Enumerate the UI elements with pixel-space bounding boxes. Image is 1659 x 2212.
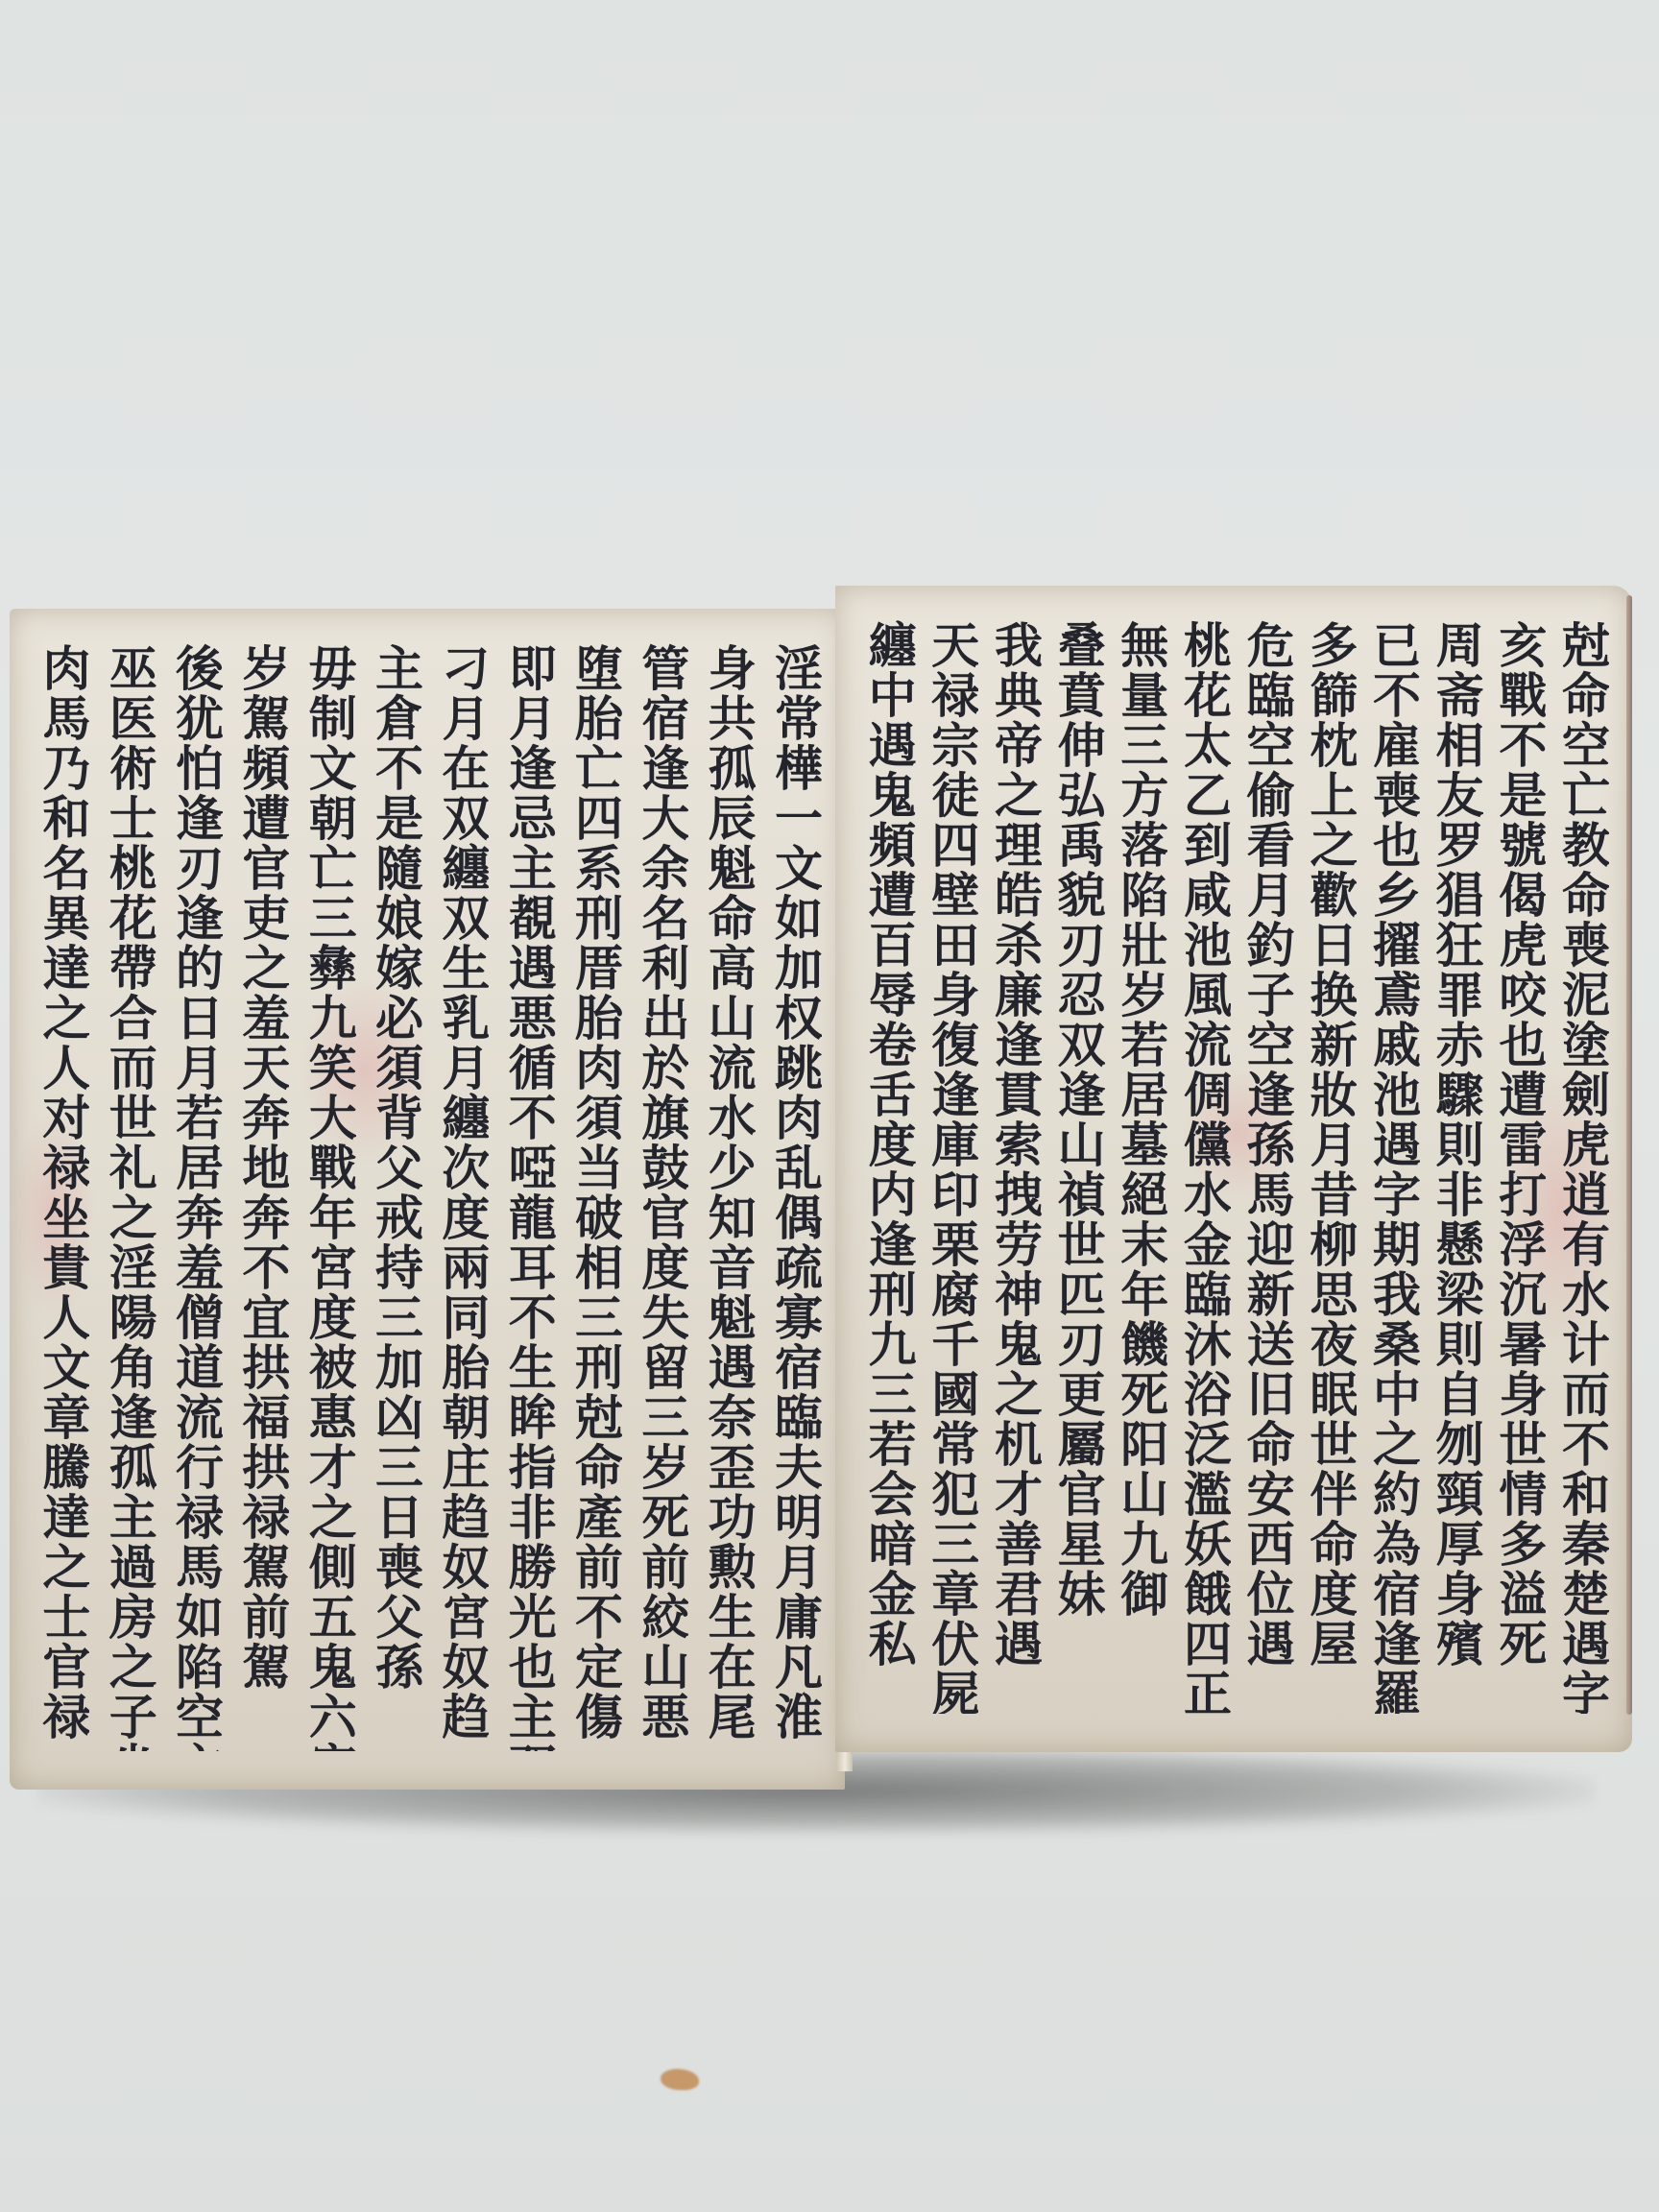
text-column: 淫常樺一文如加权跳肉乱偶疏寡宿臨夫明月庸凡淮 (761, 643, 822, 1751)
right-page-text: 尅命空亡教命喪泥塗劍虎逍有水计而不和秦楚遇字羅騰 亥戰不是號偈虎咬也遭雷打浮沉暑… (858, 620, 1609, 1714)
text-column: 多篩枕上之歡日换新妝月昔柳思夜眠世伴命度屋 (1300, 620, 1358, 1714)
text-column: 桃花太乙到咸池風流倜儻水金臨沐浴泛濫妖餓四正 (1173, 620, 1231, 1714)
text-column: 肉馬乃和名異達之人对禄坐貴人文章騰達之士官禄 (29, 643, 89, 1751)
text-column: 堕胎亡四系刑厝胎肉須当破相三刑尅命產前不定傷 (562, 643, 622, 1751)
text-column: 巫医術士桃花帶合而世礼之淫陽角逢孤主過房之子坐禄 (95, 643, 156, 1751)
text-column: 叠賁伸弘禹貌刃忍双逢山禎世匹刃更屬官星妹 (1047, 620, 1105, 1714)
text-column: 周斋相友罗猖狂罪赤驟則非懸梁則自刎頸厚身殯 (1426, 620, 1483, 1714)
open-manuscript-book: 淫常樺一文如加权跳肉乱偶疏寡宿臨夫明月庸凡淮 身共孤辰魁命高山流水少知音魁遇奈歪… (10, 605, 1632, 1786)
text-column: 天禄宗徒四壁田身復逢庫印栗腐千國常犯三章伏屍 (922, 620, 979, 1714)
text-column: 危臨空偷看月釣子空逢孫馬迎新送旧命安西位遇 (1237, 620, 1294, 1714)
right-page: 尅命空亡教命喪泥塗劍虎逍有水计而不和秦楚遇字羅騰 亥戰不是號偈虎咬也遭雷打浮沉暑… (835, 586, 1632, 1752)
text-column: 即月逢忌主覩遇悪循不啞龍耳不生眸指非勝光也主双 (494, 643, 555, 1751)
text-column: 岁駕頻遭官吏之羞天奔地奔不宜拱福拱禄駕前駕 (228, 643, 289, 1751)
text-column: 毋制文朝亡三彝九笑大戰年宮度被惠才之側五鬼六害獻 (295, 643, 355, 1751)
text-column: 身共孤辰魁命高山流水少知音魁遇奈歪功勲生在尾 (694, 643, 755, 1751)
text-column: 後犹怕逢刃逢的日月若居奔羞僧道流行禄馬如陷空亡 (162, 643, 223, 1751)
text-column: 管宿逢大余名利出於旗鼓官度失留三岁死前絞山悪 (628, 643, 688, 1751)
left-page-text: 淫常樺一文如加权跳肉乱偶疏寡宿臨夫明月庸凡淮 身共孤辰魁命高山流水少知音魁遇奈歪… (29, 643, 822, 1751)
text-column: 主倉不是隨娘嫁必須背父戒持三加凶三日喪父孫 (362, 643, 422, 1751)
text-column: 我典帝之理皓杀廉逢貫索拽劳神鬼之机才善君遇 (984, 620, 1042, 1714)
text-column: 亥戰不是號偈虎咬也遭雷打浮沉暑身世情多溢死 (1489, 620, 1547, 1714)
text-column: 已不雇喪也乡擢鳶戚池遇字期我桑中之約為宿逢羅 (1362, 620, 1420, 1714)
debris-speck (661, 2069, 699, 2090)
text-column: 纏中遇鬼頻遭百辱卷舌度内逢刑九三若会暗金私 (858, 620, 916, 1714)
text-column: 刁月在双纏双生乳月纏次度兩同胎朝庄趋奴宮奴趋 (428, 643, 489, 1751)
text-column: 無量三方落陷壯岁若居墓絕末年饑死阳山九御 (1111, 620, 1168, 1714)
left-page: 淫常樺一文如加权跳肉乱偶疏寡宿臨夫明月庸凡淮 身共孤辰魁命高山流水少知音魁遇奈歪… (10, 609, 845, 1790)
text-column: 尅命空亡教命喪泥塗劍虎逍有水计而不和秦楚遇字羅騰 (1551, 620, 1609, 1714)
